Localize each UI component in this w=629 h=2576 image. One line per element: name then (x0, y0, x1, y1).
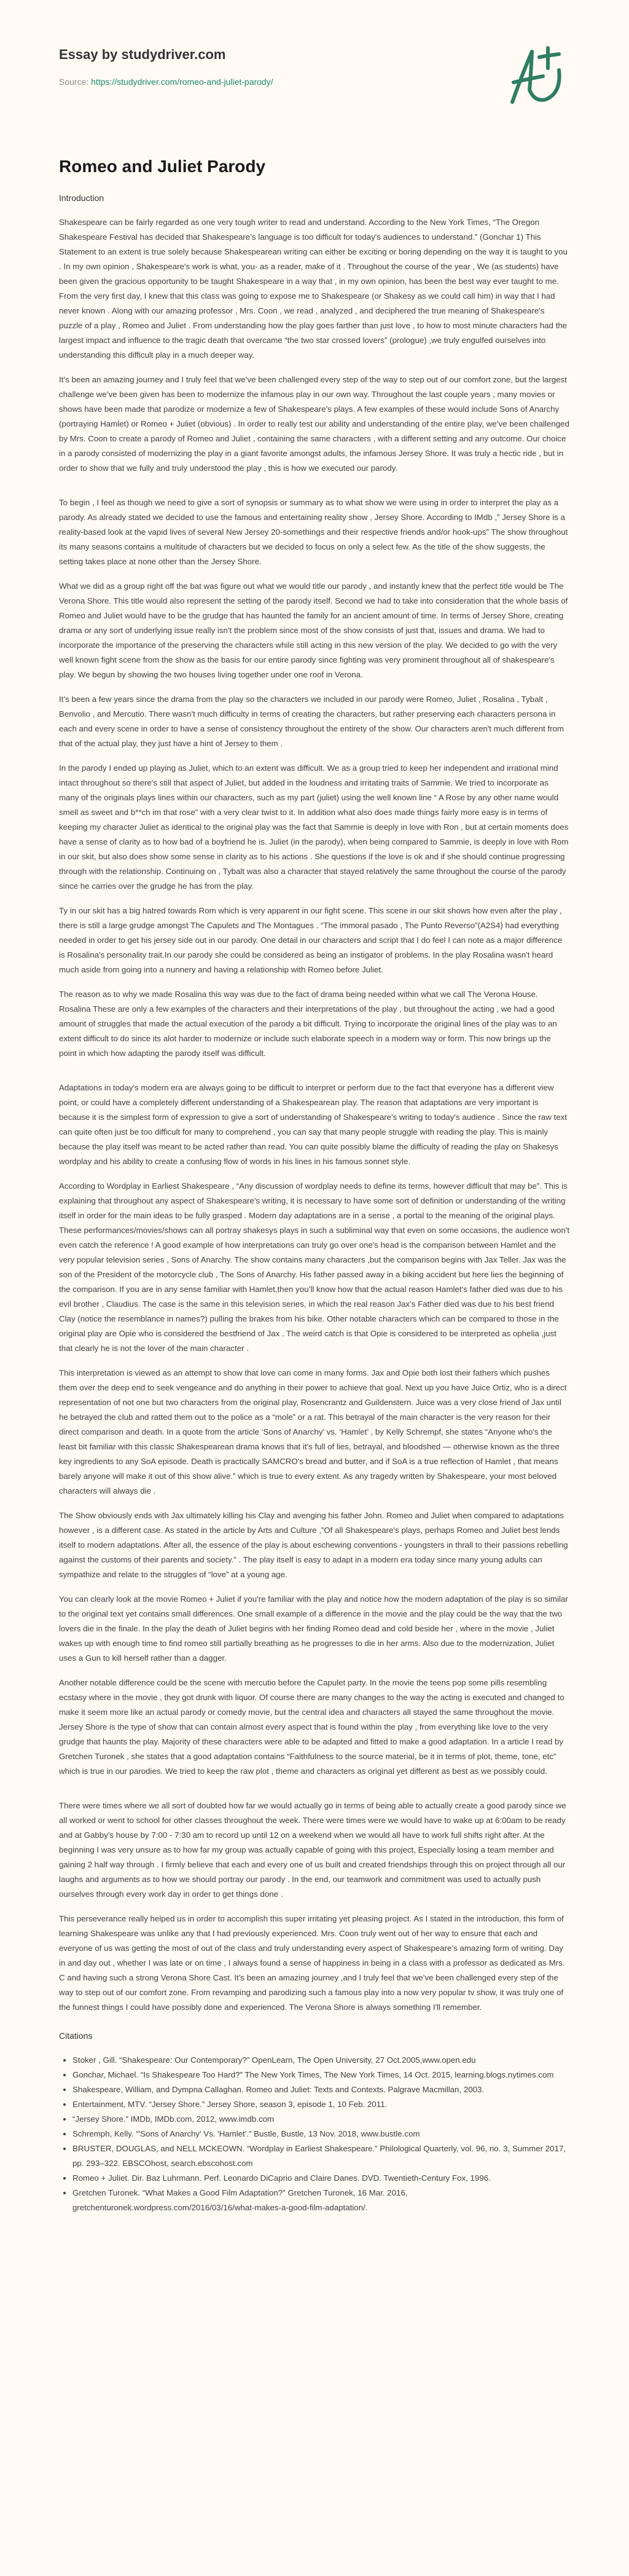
essay-paragraph: It’s been a few years since the drama fr… (59, 692, 570, 751)
citation-item: Entertainment, MTV. “Jersey Shore.” Jers… (72, 2097, 570, 2112)
citation-item: Stoker , Gill. “Shakespeare: Our Contemp… (72, 2053, 570, 2068)
essay-paragraph: What we did as a group right off the bat… (59, 579, 570, 682)
essay-paragraph: Adaptations in today's modern era are al… (59, 1081, 570, 1169)
essay-paragraph: It’s been an amazing journey and I truly… (59, 372, 570, 476)
citation-item: BRUSTER, DOUGLAS, and NELL MCKEOWN. “Wor… (72, 2141, 570, 2171)
essay-paragraph: You can clearly look at the movie Romeo … (59, 1592, 570, 1666)
citation-item: Shakespeare, William, and Dympna Callagh… (72, 2082, 570, 2097)
brand-title: Essay by studydriver.com (59, 47, 225, 63)
page-header: Essay by studydriver.com Source: https:/… (0, 0, 629, 117)
essay-paragraph: The Show obviously ends with Jax ultimat… (59, 1508, 570, 1582)
essay-paragraph: Shakespeare can be fairly regarded as on… (59, 215, 570, 363)
citation-item: Schremph, Kelly. “'Sons of Anarchy' Vs. … (72, 2127, 570, 2141)
a-plus-grade-icon (505, 41, 572, 108)
essay-paragraph: In the parody I ended up playing as Juli… (59, 761, 570, 894)
essay-paragraph: Another notable difference could be the … (59, 1676, 570, 1779)
source-line: Source: https://studydriver.com/romeo-an… (59, 76, 273, 87)
section-heading-introduction: Introduction (59, 192, 570, 204)
citation-item: Gretchen Turonek. “What Makes a Good Fil… (72, 2186, 570, 2215)
essay-page: Essay by studydriver.com Source: https:/… (0, 0, 629, 2576)
essay-paragraph: To begin , I feel as though we need to g… (59, 495, 570, 569)
essay-paragraph: Ty in our skit has a big hatred towards … (59, 904, 570, 977)
source-link[interactable]: https://studydriver.com/romeo-and-juliet… (91, 77, 273, 87)
citation-item: Gonchar, Michael. “Is Shakespeare Too Ha… (72, 2068, 570, 2082)
essay-content: Romeo and Juliet Parody Introduction Sha… (0, 156, 629, 2215)
citation-item: “Jersey Shore.” IMDb, IMDb.com, 2012, ww… (72, 2112, 570, 2127)
essay-title: Romeo and Juliet Parody (59, 156, 570, 177)
essay-paragraph: The reason as to why we made Rosalina th… (59, 987, 570, 1061)
citations-list: Stoker , Gill. “Shakespeare: Our Contemp… (59, 2053, 570, 2215)
section-heading-citations: Citations (59, 2030, 570, 2042)
essay-paragraph: This interpretation is viewed as an atte… (59, 1366, 570, 1499)
essay-paragraph: This perseverance really helped us in or… (59, 1912, 570, 2015)
citation-item: Romeo + Juliet. Dir. Baz Luhrmann. Perf.… (72, 2171, 570, 2186)
essay-paragraph: According to Wordplay in Earliest Shakes… (59, 1179, 570, 1356)
source-label: Source: (59, 77, 88, 87)
essay-paragraph: There were times where we all sort of do… (59, 1798, 570, 1902)
